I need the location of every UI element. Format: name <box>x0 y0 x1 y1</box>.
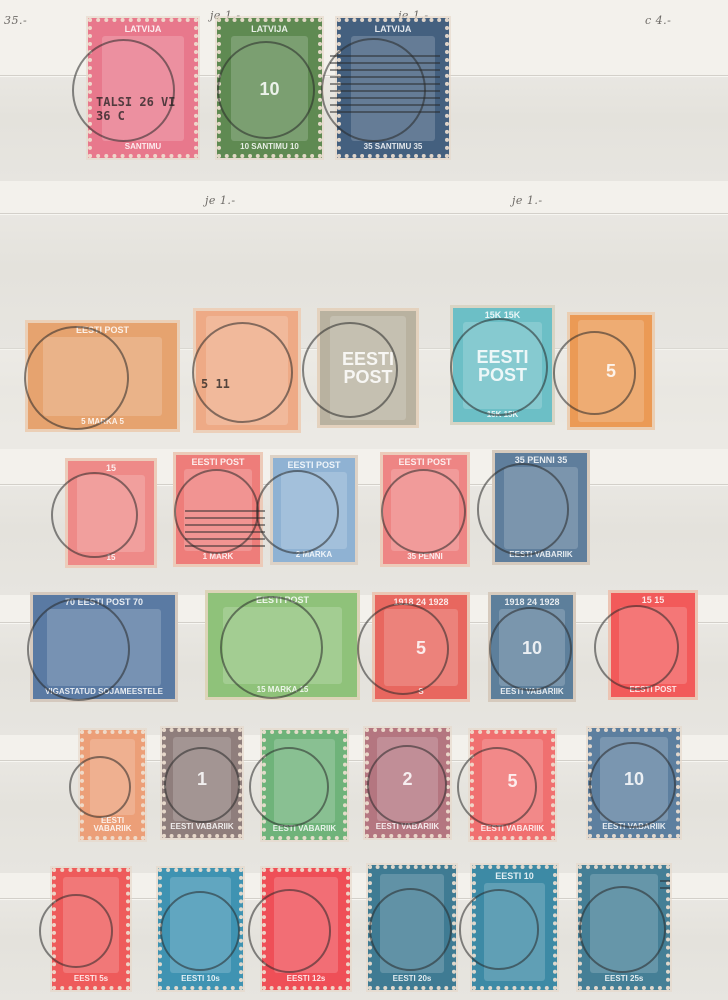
stamp-top-text <box>369 732 446 735</box>
stamp[interactable]: EESTI 25s <box>578 865 670 990</box>
stamp-design <box>351 36 434 141</box>
stamp-design <box>47 609 161 686</box>
stamp-design <box>170 877 232 973</box>
stamp[interactable]: EESTI POST1 MARK <box>173 452 263 567</box>
stamp[interactable]: 15K 15KEESTI POST15K 15K <box>450 305 555 425</box>
stamp-bottom-text: EESTI 12s <box>266 975 346 986</box>
stamp-top-text: EESTI POST <box>28 323 177 335</box>
stamp[interactable]: 1918 24 192810EESTI VABARIIK <box>488 592 576 702</box>
stamp[interactable]: 5 <box>567 312 655 430</box>
stamp[interactable]: 70 EESTI POST 70VIGASTATUD SOJAMEESTELE <box>30 592 178 702</box>
stamp-value: EESTI POST <box>463 348 542 384</box>
stamp-top-text: EESTI POST <box>273 458 355 470</box>
stamp-design: 10 <box>600 737 667 821</box>
stamp-top-text <box>474 734 551 737</box>
stamp[interactable]: 5EESTI VABARIIK <box>470 730 555 840</box>
stamp-top-text: LATVIJA <box>341 22 445 34</box>
stamp-top-text: EESTI POST <box>383 455 467 467</box>
stamp-design <box>274 739 336 823</box>
stamp-bottom-text: EESTI VABARIIK <box>495 551 587 562</box>
stamp-design <box>77 475 146 552</box>
stamp[interactable]: LATVIJA35 SANTIMU 35 <box>337 18 449 158</box>
stamp-design <box>63 877 119 973</box>
stamp-design: 10 <box>231 36 309 141</box>
stamp-top-text: 1918 24 1928 <box>375 595 467 607</box>
stamp-bottom-text: S <box>375 688 467 699</box>
stamp[interactable]: EESTI POST15 MARKA 15 <box>205 590 360 700</box>
stamp[interactable]: 35 PENNI 35EESTI VABARIIK <box>492 450 590 565</box>
stamp-value: 5 <box>606 362 616 380</box>
stamp[interactable]: 1918 24 19285S <box>372 592 470 702</box>
stamp[interactable]: 1EESTI VABARIIK <box>162 728 242 838</box>
stamp-top-text: LATVIJA <box>92 22 194 34</box>
stamp-bottom-text: 15K 15K <box>453 411 552 422</box>
stamp-design <box>90 739 136 815</box>
stamp-design <box>380 874 444 973</box>
price-note: 35.- <box>4 14 27 27</box>
stamp-top-text <box>320 311 416 314</box>
stamp-value: 10 <box>624 770 644 788</box>
stamp-bottom-text: EESTI POST <box>611 686 695 697</box>
stamp-design <box>281 472 347 549</box>
stamp-value: 2 <box>402 770 412 788</box>
stamp[interactable]: EESTI POST2 MARKA <box>270 455 358 565</box>
stamp[interactable]: EESTI 10 <box>472 865 557 990</box>
stamp-design: 1 <box>173 737 231 821</box>
stamp-design <box>274 877 338 973</box>
stamp-design <box>43 337 162 416</box>
stamp-bottom-text: 15 MARKA 15 <box>208 686 357 697</box>
price-note: je 1.- <box>205 194 236 207</box>
stamp-bottom-text: SANTIMU <box>92 143 194 154</box>
stamp[interactable]: 10EESTI VABARIIK <box>588 728 680 838</box>
stamp-bottom-text <box>570 424 652 427</box>
stamp-design <box>504 467 578 549</box>
stamp-top-text <box>582 869 666 872</box>
stamp-bottom-text: 1 MARK <box>176 553 260 564</box>
stamp-design: 2 <box>377 737 439 821</box>
stamp-top-text: 1918 24 1928 <box>491 595 573 607</box>
stamp-bottom-text: 10 SANTIMU 10 <box>221 143 318 154</box>
stamp-top-text <box>570 315 652 318</box>
stamp[interactable]: 15 15EESTI POST <box>608 590 698 700</box>
stamp-top-text: 15 <box>68 461 154 473</box>
stamp[interactable]: EESTI VABARIIK <box>262 730 347 840</box>
stamp-bottom-text: VIGASTATUD SOJAMEESTELE <box>33 688 175 699</box>
stamp-top-text: 35 PENNI 35 <box>495 453 587 465</box>
stamp[interactable]: EESTI 10s <box>158 868 243 990</box>
stamp-bottom-text: EESTI VABARIIK <box>592 823 676 834</box>
stamp-top-text <box>84 734 141 737</box>
stamp-top-text: EESTI POST <box>176 455 260 467</box>
stamp-design <box>184 469 251 551</box>
stamp-bottom-text: EESTI 20s <box>372 975 452 986</box>
stamp-top-text: EESTI POST <box>208 593 357 605</box>
stamp-value: 5 <box>507 772 517 790</box>
stamp-top-text <box>56 872 126 875</box>
stamp-top-text <box>266 734 343 737</box>
stamp-bottom-text: 5 MARKA 5 <box>28 418 177 429</box>
stamp[interactable]: EESTI POST <box>317 308 419 428</box>
stamp-design <box>391 469 458 551</box>
stamp-bottom-text: EESTI VABARIIK <box>369 823 446 834</box>
stamp-bottom-text <box>196 427 298 430</box>
stamp-value: 5 <box>416 639 426 657</box>
price-note: je 1.- <box>512 194 543 207</box>
stamp-top-text <box>166 732 238 735</box>
stamp-top-text <box>266 872 346 875</box>
stamp-bottom-text <box>320 422 416 425</box>
stamp[interactable]: LATVIJASANTIMU <box>88 18 198 158</box>
stamp-bottom-text: EESTI VABARIIK <box>84 817 141 836</box>
stamp-bottom-text: EESTI VABARIIK <box>491 688 573 699</box>
stamp[interactable]: EESTI VABARIIK <box>80 730 145 840</box>
stamp[interactable]: EESTI 12s <box>262 868 350 990</box>
stamp-value: EESTI POST <box>330 350 407 386</box>
stamp-top-text <box>372 869 452 872</box>
stamp-bottom-text: 35 SANTIMU 35 <box>341 143 445 154</box>
stamp-bottom-text: 2 MARKA <box>273 551 355 562</box>
stamp-design: 5 <box>482 739 544 823</box>
stamp-top-text <box>592 732 676 735</box>
stamp-design: EESTI POST <box>330 316 407 420</box>
stamp-value: 10 <box>259 80 279 98</box>
stamp-design <box>590 874 657 973</box>
stamp-design: 5 <box>384 609 458 686</box>
stamp-bottom-text: EESTI 25s <box>582 975 666 986</box>
stamp-design <box>206 316 288 425</box>
stamp-value: 10 <box>522 639 542 657</box>
stamp-bottom-text: EESTI 5s <box>56 975 126 986</box>
stamp[interactable]: 2EESTI VABARIIK <box>365 728 450 838</box>
stamp-value: 1 <box>197 770 207 788</box>
stamp-top-text: 15 15 <box>611 593 695 605</box>
stamp[interactable] <box>193 308 301 433</box>
stamp-top-text: 15K 15K <box>453 308 552 320</box>
stamp-bottom-text: EESTI VABARIIK <box>166 823 238 834</box>
stamp-design: 5 <box>578 320 644 422</box>
stamp-bottom-text: EESTI VABARIIK <box>474 825 551 836</box>
stamp-top-text: EESTI 10 <box>476 869 553 881</box>
stamp-bottom-text <box>476 983 553 986</box>
stamp-top-text: LATVIJA <box>221 22 318 34</box>
stamp-top-text <box>162 872 239 875</box>
stamp-bottom-text: EESTI VABARIIK <box>266 825 343 836</box>
stamp[interactable]: EESTI POST35 PENNI <box>380 452 470 567</box>
price-note: c 4.- <box>645 14 671 27</box>
stamp-design <box>484 883 546 981</box>
stamp[interactable]: EESTI 20s <box>368 865 456 990</box>
stamp-bottom-text: 15 <box>68 554 154 565</box>
stamp-bottom-text: 35 PENNI <box>383 553 467 564</box>
stamp-design <box>102 36 184 141</box>
stamp-bottom-text: EESTI 10s <box>162 975 239 986</box>
stamp[interactable]: EESTI 5s <box>52 868 130 990</box>
stamp-design <box>223 607 342 684</box>
stamp-design: 10 <box>499 609 565 686</box>
stamp[interactable]: EESTI POST5 MARKA 5 <box>25 320 180 432</box>
stamp[interactable]: 1515 <box>65 458 157 568</box>
stamp[interactable]: LATVIJA1010 SANTIMU 10 <box>217 18 322 158</box>
stamp-design <box>619 607 686 684</box>
stamp-top-text <box>196 311 298 314</box>
stamp-design: EESTI POST <box>463 322 542 409</box>
stamp-top-text: 70 EESTI POST 70 <box>33 595 175 607</box>
